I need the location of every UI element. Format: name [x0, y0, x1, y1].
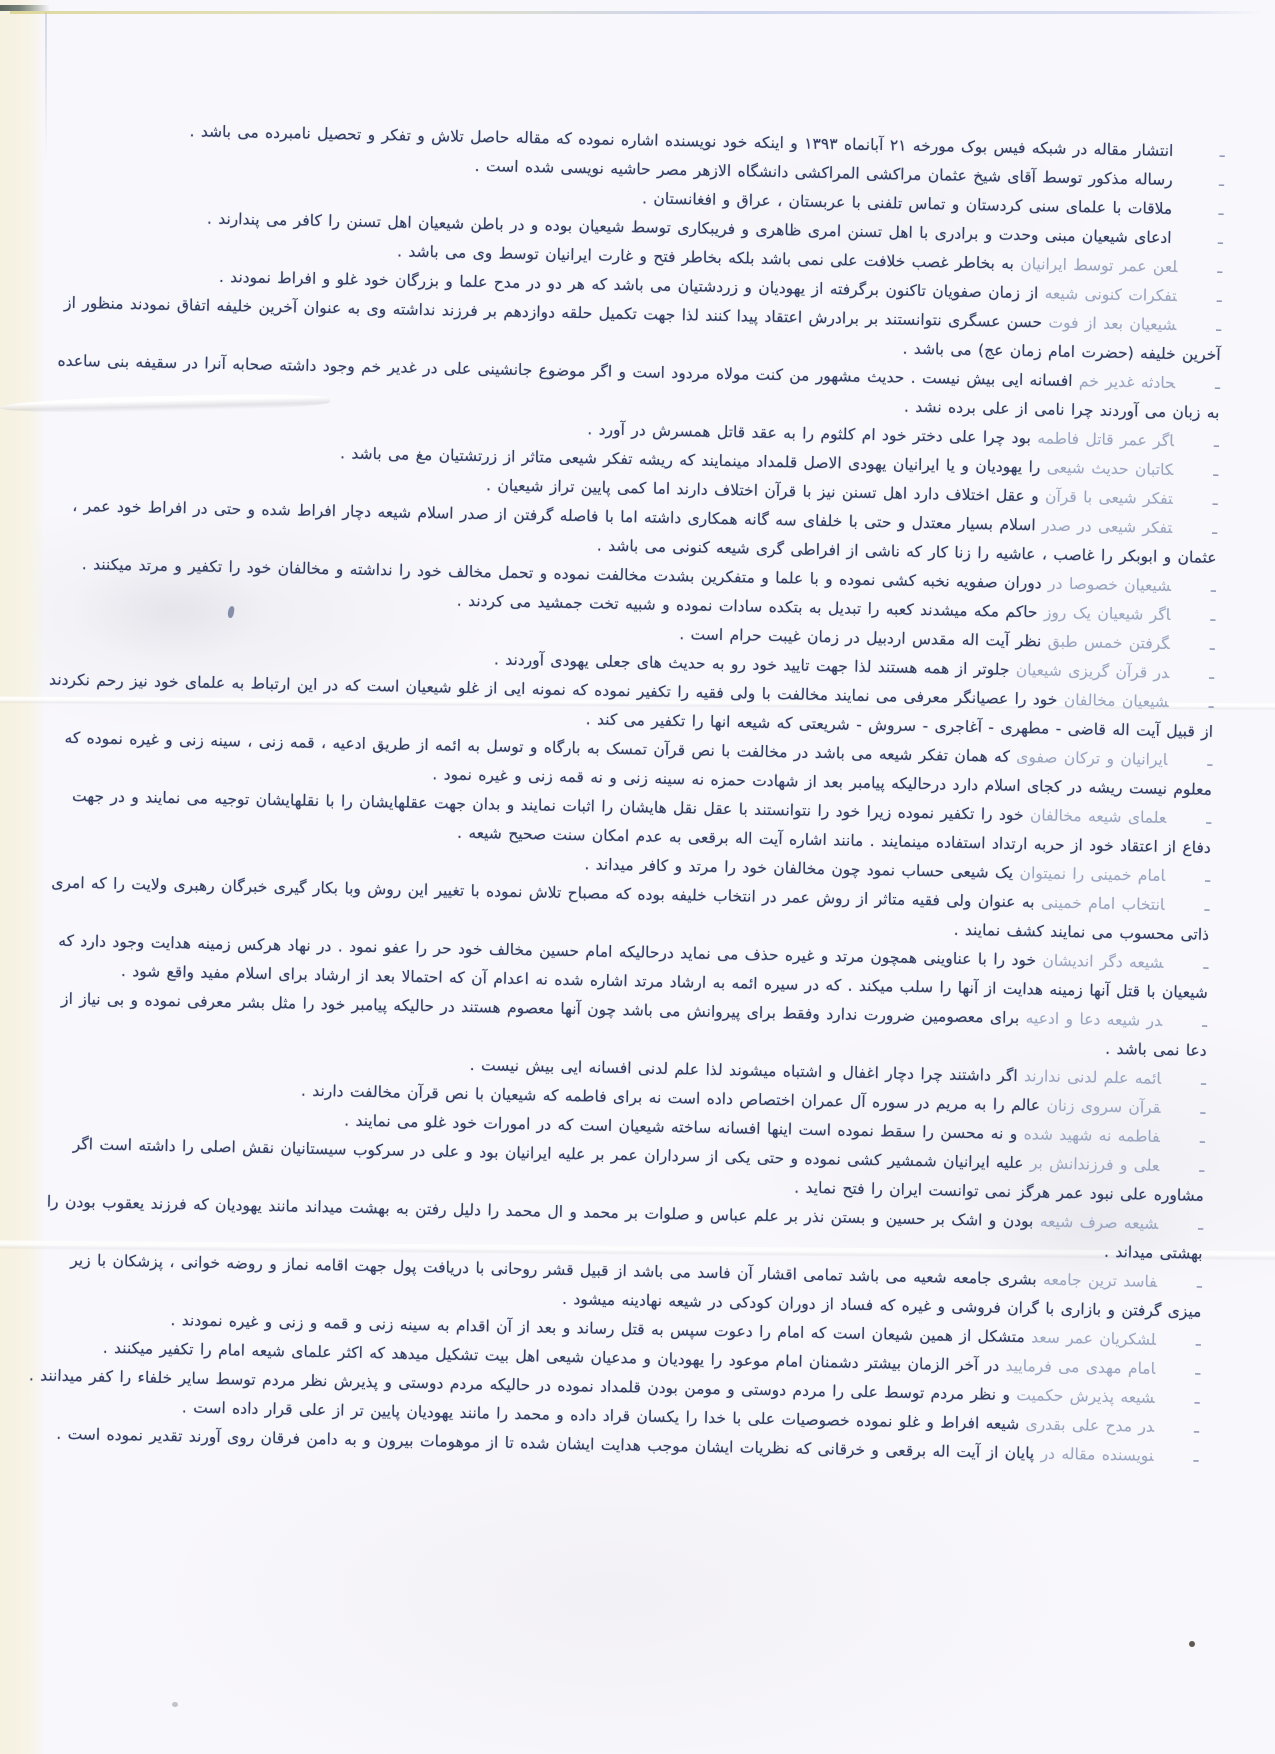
bullet-dash-icon: ـ — [1220, 142, 1225, 162]
bullet-dash-icon: ـ — [1213, 461, 1218, 481]
bullet-dash-icon: ـ — [1197, 1273, 1202, 1293]
item-lead-text: شیعیان مخالفان — [1064, 691, 1169, 711]
item-lead-text: شیعیان خصوصا در — [1048, 575, 1171, 595]
item-lead-text: شیعه دگر اندیشان — [1042, 952, 1163, 972]
item-lead-text: اگر شیعیان یک روز — [1044, 603, 1171, 624]
item-lead-text: در شیعه دعا و ادعیه — [1026, 1009, 1163, 1030]
item-lead-text: شیعه پذیرش حکمیت — [1016, 1386, 1155, 1407]
scanned-document-page: ـ انتشار مقاله در شبکه فیس بوک مورخه ۲۱ … — [0, 0, 1275, 1754]
item-lead-text: علی و فرزندانش بر — [1030, 1154, 1160, 1175]
bullet-dash-icon: ـ — [1212, 519, 1217, 539]
item-lead-text: حادثه غدیر خم — [1079, 372, 1175, 392]
item-lead-text: کاتبان حدیث شیعی — [1047, 458, 1174, 479]
item-lead-text: در قرآن گریزی شیعیان — [1016, 661, 1170, 682]
bullet-dash-icon: ـ — [1201, 1070, 1206, 1090]
bullet-dash-icon: ـ — [1207, 751, 1212, 771]
bullet-dash-icon: ـ — [1193, 1447, 1198, 1467]
bullet-dash-icon: ـ — [1200, 1128, 1205, 1148]
item-lead-text: فاسد ترین جامعه — [1043, 1271, 1157, 1291]
item-lead-text: امام خمینی را نمیتوان — [1019, 864, 1165, 885]
bullet-dash-icon: ـ — [1205, 867, 1210, 887]
item-lead-text: تفکرات کنونی شیعه — [1045, 284, 1177, 305]
bullet-dash-icon: ـ — [1195, 1389, 1200, 1409]
bullet-dash-icon: ـ — [1210, 635, 1215, 655]
bullet-dash-icon: ـ — [1214, 432, 1219, 452]
item-lead-text: گرفتن خمس طبق — [1048, 633, 1170, 653]
bullet-dash-icon: ـ — [1194, 1418, 1199, 1438]
item-lead-text: انتخاب امام خمینی — [1041, 893, 1165, 913]
bullet-dash-icon: ـ — [1216, 316, 1221, 336]
item-lead-text: شیعیان بعد از فوت — [1048, 313, 1176, 334]
bullet-dash-icon: ـ — [1210, 606, 1215, 626]
bullet-dash-icon: ـ — [1218, 200, 1223, 220]
bullet-dash-icon: ـ — [1195, 1360, 1200, 1380]
bullet-dash-icon: ـ — [1209, 664, 1214, 684]
bullet-dash-icon: ـ — [1208, 693, 1213, 713]
item-lead-text: نویسنده مقاله در — [1040, 1445, 1153, 1465]
item-lead-text: ایرانیان و ترکان صفوی — [1016, 748, 1168, 769]
item-lead-text: فاطمه نه شهید شده — [1024, 1125, 1161, 1146]
bullet-dash-icon: ـ — [1213, 490, 1218, 510]
bullet-dash-icon: ـ — [1196, 1331, 1201, 1351]
bullet-dash-icon: ـ — [1217, 287, 1222, 307]
document-body: ـ انتشار مقاله در شبکه فیس بوک مورخه ۲۱ … — [26, 114, 1225, 1471]
item-lead-text: امام مهدی می فرمایید — [1005, 1357, 1155, 1378]
bullet-dash-icon: ـ — [1217, 258, 1222, 278]
item-body-text: نظر آیت اله مقدس اردبیل در زمان غیبت حرا… — [679, 625, 1041, 650]
bullet-dash-icon: ـ — [1204, 896, 1209, 916]
item-lead-text: در مدح علی بقدری — [1025, 1415, 1154, 1436]
item-lead-text: لشکریان عمر سعد — [1031, 1328, 1156, 1348]
bullet-dash-icon: ـ — [1218, 229, 1223, 249]
bullet-dash-icon: ـ — [1198, 1215, 1203, 1235]
bullet-dash-icon: ـ — [1219, 171, 1224, 191]
bullet-dash-icon: ـ — [1215, 374, 1220, 394]
item-lead-text: قرآن سروی زنان — [1046, 1097, 1160, 1117]
bullet-dash-icon: ـ — [1211, 577, 1216, 597]
item-body-text: جلوتر از همه هستند لذا جهت تایید خود رو … — [494, 650, 1010, 678]
item-lead-text: اگر عمر قاتل فاطمه — [1037, 429, 1174, 450]
scan-artifact-faint-speck — [172, 1702, 178, 1707]
item-body-text: ملاقات با علمای سنی کردستان و تماس تلفنی… — [642, 189, 1172, 218]
item-lead-text: شیعه صرف شیعه — [1040, 1213, 1159, 1233]
scan-artifact-page-left-edge — [45, 12, 47, 162]
bullet-dash-icon: ـ — [1200, 1099, 1205, 1119]
bullet-dash-icon: ـ — [1203, 954, 1208, 974]
bullet-dash-icon: ـ — [1206, 809, 1211, 829]
item-body-text: اگر داشتند چرا دچار اغفال و اشتباه میشون… — [470, 1056, 1018, 1085]
item-lead-text: ائمه علم لدنی ندارند — [1024, 1067, 1161, 1088]
scan-artifact-dot-speck — [1189, 1641, 1195, 1647]
lead-body-space — [1173, 142, 1180, 160]
bullet-dash-icon: ـ — [1199, 1157, 1204, 1177]
item-lead-text: تفکر شیعی در صدر — [1042, 516, 1172, 537]
item-body-text: یک شیعی حساب نمود چون مخالفان خود را مرت… — [584, 855, 1013, 882]
item-lead-text: لعن عمر توسط ایرانیان — [1020, 255, 1177, 276]
item-lead-text: تفکر شیعی با قرآن — [1045, 487, 1173, 508]
lead-body-space — [1173, 171, 1180, 189]
bullet-dash-icon: ـ — [1202, 1012, 1207, 1032]
lead-body-space — [1171, 229, 1178, 247]
scan-artifact-corner-mark — [0, 5, 50, 11]
lead-body-space — [1172, 200, 1179, 218]
scan-artifact-page-top-edge — [10, 11, 1263, 14]
item-body-text: بود چرا علی دختر خود ام کلثوم را به عقد … — [587, 420, 1031, 447]
item-body-text: حاکم مکه میشدند کعبه را تبدیل به بتکده س… — [457, 592, 1038, 622]
item-lead-text: علمای شیعه مخالفان — [1030, 806, 1167, 827]
